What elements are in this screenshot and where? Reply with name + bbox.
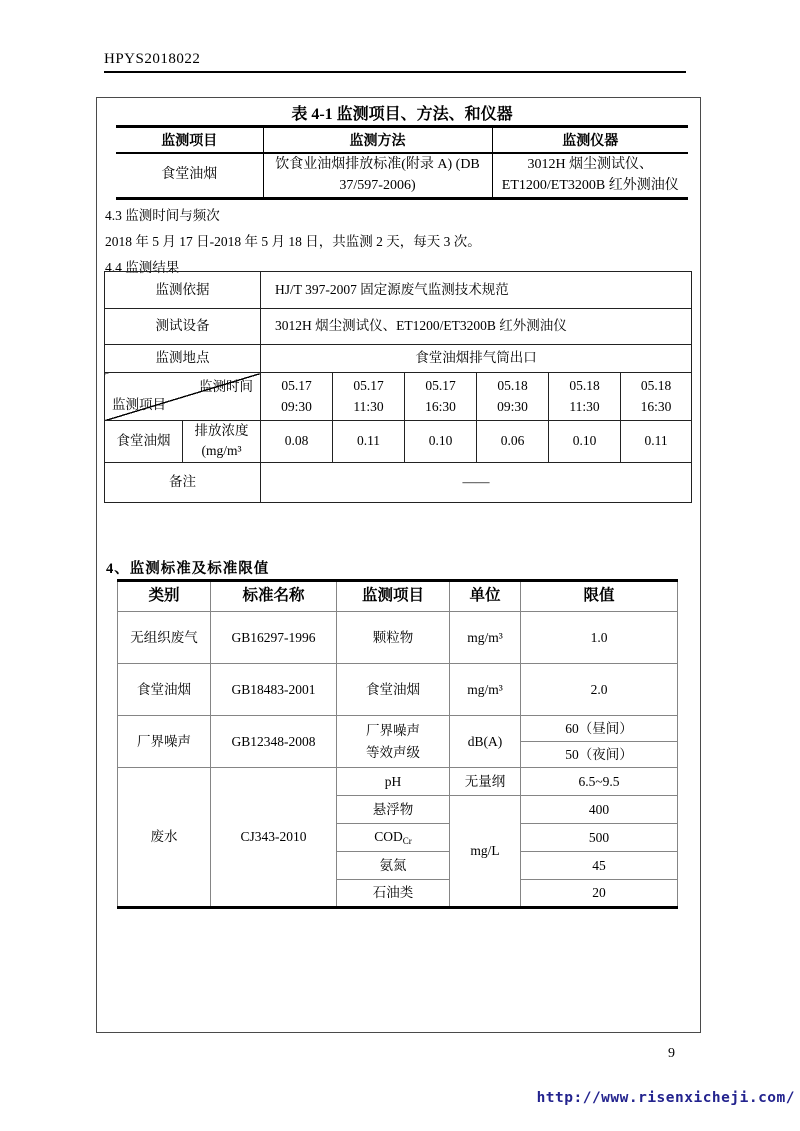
table-row: 监测依据 HJ/T 397-2007 固定源废气监测技术规范 (105, 272, 692, 309)
time-date: 05.18 (549, 376, 620, 396)
result-value: 0.06 (477, 421, 549, 463)
std-limit: 2.0 (521, 664, 678, 716)
std-item: 厂界噪声 等效声级 (337, 716, 450, 768)
table-row: 类别 标准名称 监测项目 单位 限值 (118, 581, 678, 612)
t41-cell-method: 饮食业油烟排放标准(附录 A) (DB 37/597-2006) (263, 153, 492, 199)
cod-subscript: Cr (403, 836, 412, 846)
result-value: 0.08 (261, 421, 333, 463)
doc-number: HPYS2018022 (104, 51, 200, 68)
std-limit-day: 60（昼间） (521, 716, 678, 742)
std-unit: 无量纲 (450, 768, 521, 796)
table-row: 备注 —— (105, 462, 692, 502)
table-row: 食堂油烟 GB18483-2001 食堂油烟 mg/m³ 2.0 (118, 664, 678, 716)
std-limit: 45 (521, 852, 678, 880)
std-limit: 500 (521, 824, 678, 852)
method-line2: 37/597-2006) (264, 175, 492, 197)
param-line2: (mg/m³ (183, 441, 260, 461)
table-row: 监测项目 监测方法 监测仪器 (116, 127, 688, 153)
basis-value: HJ/T 397-2007 固定源废气监测技术规范 (261, 272, 692, 309)
time-date: 05.17 (261, 376, 332, 396)
method-line1: 饮食业油烟排放标准(附录 A) (DB (264, 154, 492, 176)
result-param: 排放浓度 (mg/m³ (183, 421, 261, 463)
time-header: 05.17 11:30 (333, 373, 405, 421)
remark-value: —— (261, 462, 692, 502)
time-hour: 11:30 (549, 397, 620, 417)
std-category: 厂界噪声 (118, 716, 211, 768)
location-label: 监测地点 (105, 345, 261, 373)
section-4-title: 4、监测标准及标准限值 (106, 557, 269, 578)
time-hour: 16:30 (405, 397, 476, 417)
std-standard: GB18483-2001 (211, 664, 337, 716)
std-header-category: 类别 (118, 581, 211, 612)
table-row: 监测地点 食堂油烟排气筒出口 (105, 345, 692, 373)
cod-main: COD (374, 829, 403, 844)
std-standard: GB12348-2008 (211, 716, 337, 768)
table-row: 测试设备 3012H 烟尘测试仪、ET1200/ET3200B 红外测油仪 (105, 309, 692, 345)
std-unit: mg/m³ (450, 664, 521, 716)
time-date: 05.17 (405, 376, 476, 396)
result-value: 0.11 (333, 421, 405, 463)
t41-header-instrument: 监测仪器 (492, 127, 688, 153)
std-unit: mg/m³ (450, 612, 521, 664)
page-number: 9 (668, 1046, 675, 1062)
basis-label: 监测依据 (105, 272, 261, 309)
remark-label: 备注 (105, 462, 261, 502)
std-item: pH (337, 768, 450, 796)
param-line1: 排放浓度 (183, 421, 260, 441)
t41-cell-instrument: 3012H 烟尘测试仪、 ET1200/ET3200B 红外测油仪 (492, 153, 688, 199)
std-item: 悬浮物 (337, 796, 450, 824)
table-row: 厂界噪声 GB12348-2008 厂界噪声 等效声级 dB(A) 60（昼间） (118, 716, 678, 742)
std-item: 颗粒物 (337, 612, 450, 664)
standards-table: 类别 标准名称 监测项目 单位 限值 无组织废气 GB16297-1996 颗粒… (117, 579, 678, 909)
std-limit: 6.5~9.5 (521, 768, 678, 796)
time-hour: 09:30 (477, 397, 548, 417)
section-4-3-text: 2018 年 5 月 17 日-2018 年 5 月 18 日，共监测 2 天，… (105, 230, 481, 250)
t41-header-method: 监测方法 (263, 127, 492, 153)
results-table: 监测依据 HJ/T 397-2007 固定源废气监测技术规范 测试设备 3012… (104, 271, 692, 503)
std-header-unit: 单位 (450, 581, 521, 612)
std-header-limit: 限值 (521, 581, 678, 612)
time-hour: 11:30 (333, 397, 404, 417)
std-category: 废水 (118, 768, 211, 908)
std-item: 氨氮 (337, 852, 450, 880)
time-date: 05.17 (333, 376, 404, 396)
std-header-standard: 标准名称 (211, 581, 337, 612)
table-4-1-title: 表 4-1 监测项目、方法、和仪器 (116, 101, 688, 124)
table-row: 食堂油烟 饮食业油烟排放标准(附录 A) (DB 37/597-2006) 30… (116, 153, 688, 199)
time-header: 05.17 16:30 (405, 373, 477, 421)
time-header: 05.18 11:30 (549, 373, 621, 421)
std-limit-night: 50（夜间） (521, 742, 678, 768)
item-line2: 等效声级 (337, 742, 449, 764)
diagonal-label-time: 监测时间 (199, 377, 253, 397)
result-value: 0.10 (405, 421, 477, 463)
std-category: 食堂油烟 (118, 664, 211, 716)
time-hour: 16:30 (621, 397, 691, 417)
std-standard: CJ343-2010 (211, 768, 337, 908)
result-value: 0.11 (621, 421, 692, 463)
result-value: 0.10 (549, 421, 621, 463)
t41-header-item: 监测项目 (116, 127, 263, 153)
instrument-line1: 3012H 烟尘测试仪、 (493, 154, 689, 176)
item-line1: 厂界噪声 (337, 720, 449, 742)
device-value: 3012H 烟尘测试仪、ET1200/ET3200B 红外测油仪 (261, 309, 692, 345)
watermark-url: http://www.risenxicheji.com/ (537, 1090, 795, 1106)
std-limit: 400 (521, 796, 678, 824)
time-date: 05.18 (477, 376, 548, 396)
table-4-1: 监测项目 监测方法 监测仪器 食堂油烟 饮食业油烟排放标准(附录 A) (DB … (116, 125, 688, 200)
time-header: 05.17 09:30 (261, 373, 333, 421)
std-standard: GB16297-1996 (211, 612, 337, 664)
std-item-cod: CODCr (337, 824, 450, 852)
time-hour: 09:30 (261, 397, 332, 417)
diagonal-header-cell: 监测时间 监测项目 (105, 373, 261, 421)
instrument-line2: ET1200/ET3200B 红外测油仪 (493, 175, 689, 197)
device-label: 测试设备 (105, 309, 261, 345)
table-row: 监测时间 监测项目 05.17 09:30 05.17 11:30 05.17 … (105, 373, 692, 421)
table-row: 食堂油烟 排放浓度 (mg/m³ 0.08 0.11 0.10 0.06 0.1… (105, 421, 692, 463)
std-limit: 1.0 (521, 612, 678, 664)
std-item: 石油类 (337, 880, 450, 908)
std-header-item: 监测项目 (337, 581, 450, 612)
table-row: 废水 CJ343-2010 pH 无量纲 6.5~9.5 (118, 768, 678, 796)
page-content-frame: 表 4-1 监测项目、方法、和仪器 监测项目 监测方法 监测仪器 食堂油烟 饮食… (96, 97, 701, 1033)
std-unit: dB(A) (450, 716, 521, 768)
time-date: 05.18 (621, 376, 691, 396)
time-header: 05.18 09:30 (477, 373, 549, 421)
std-item: 食堂油烟 (337, 664, 450, 716)
result-item: 食堂油烟 (105, 421, 183, 463)
std-unit: mg/L (450, 796, 521, 908)
std-limit: 20 (521, 880, 678, 908)
std-category: 无组织废气 (118, 612, 211, 664)
t41-cell-item: 食堂油烟 (116, 153, 263, 199)
header-rule (104, 71, 686, 73)
location-value: 食堂油烟排气筒出口 (261, 345, 692, 373)
section-4-3-title: 4.3 监测时间与频次 (105, 204, 220, 224)
time-header: 05.18 16:30 (621, 373, 692, 421)
table-row: 无组织废气 GB16297-1996 颗粒物 mg/m³ 1.0 (118, 612, 678, 664)
diagonal-label-item: 监测项目 (112, 395, 166, 415)
